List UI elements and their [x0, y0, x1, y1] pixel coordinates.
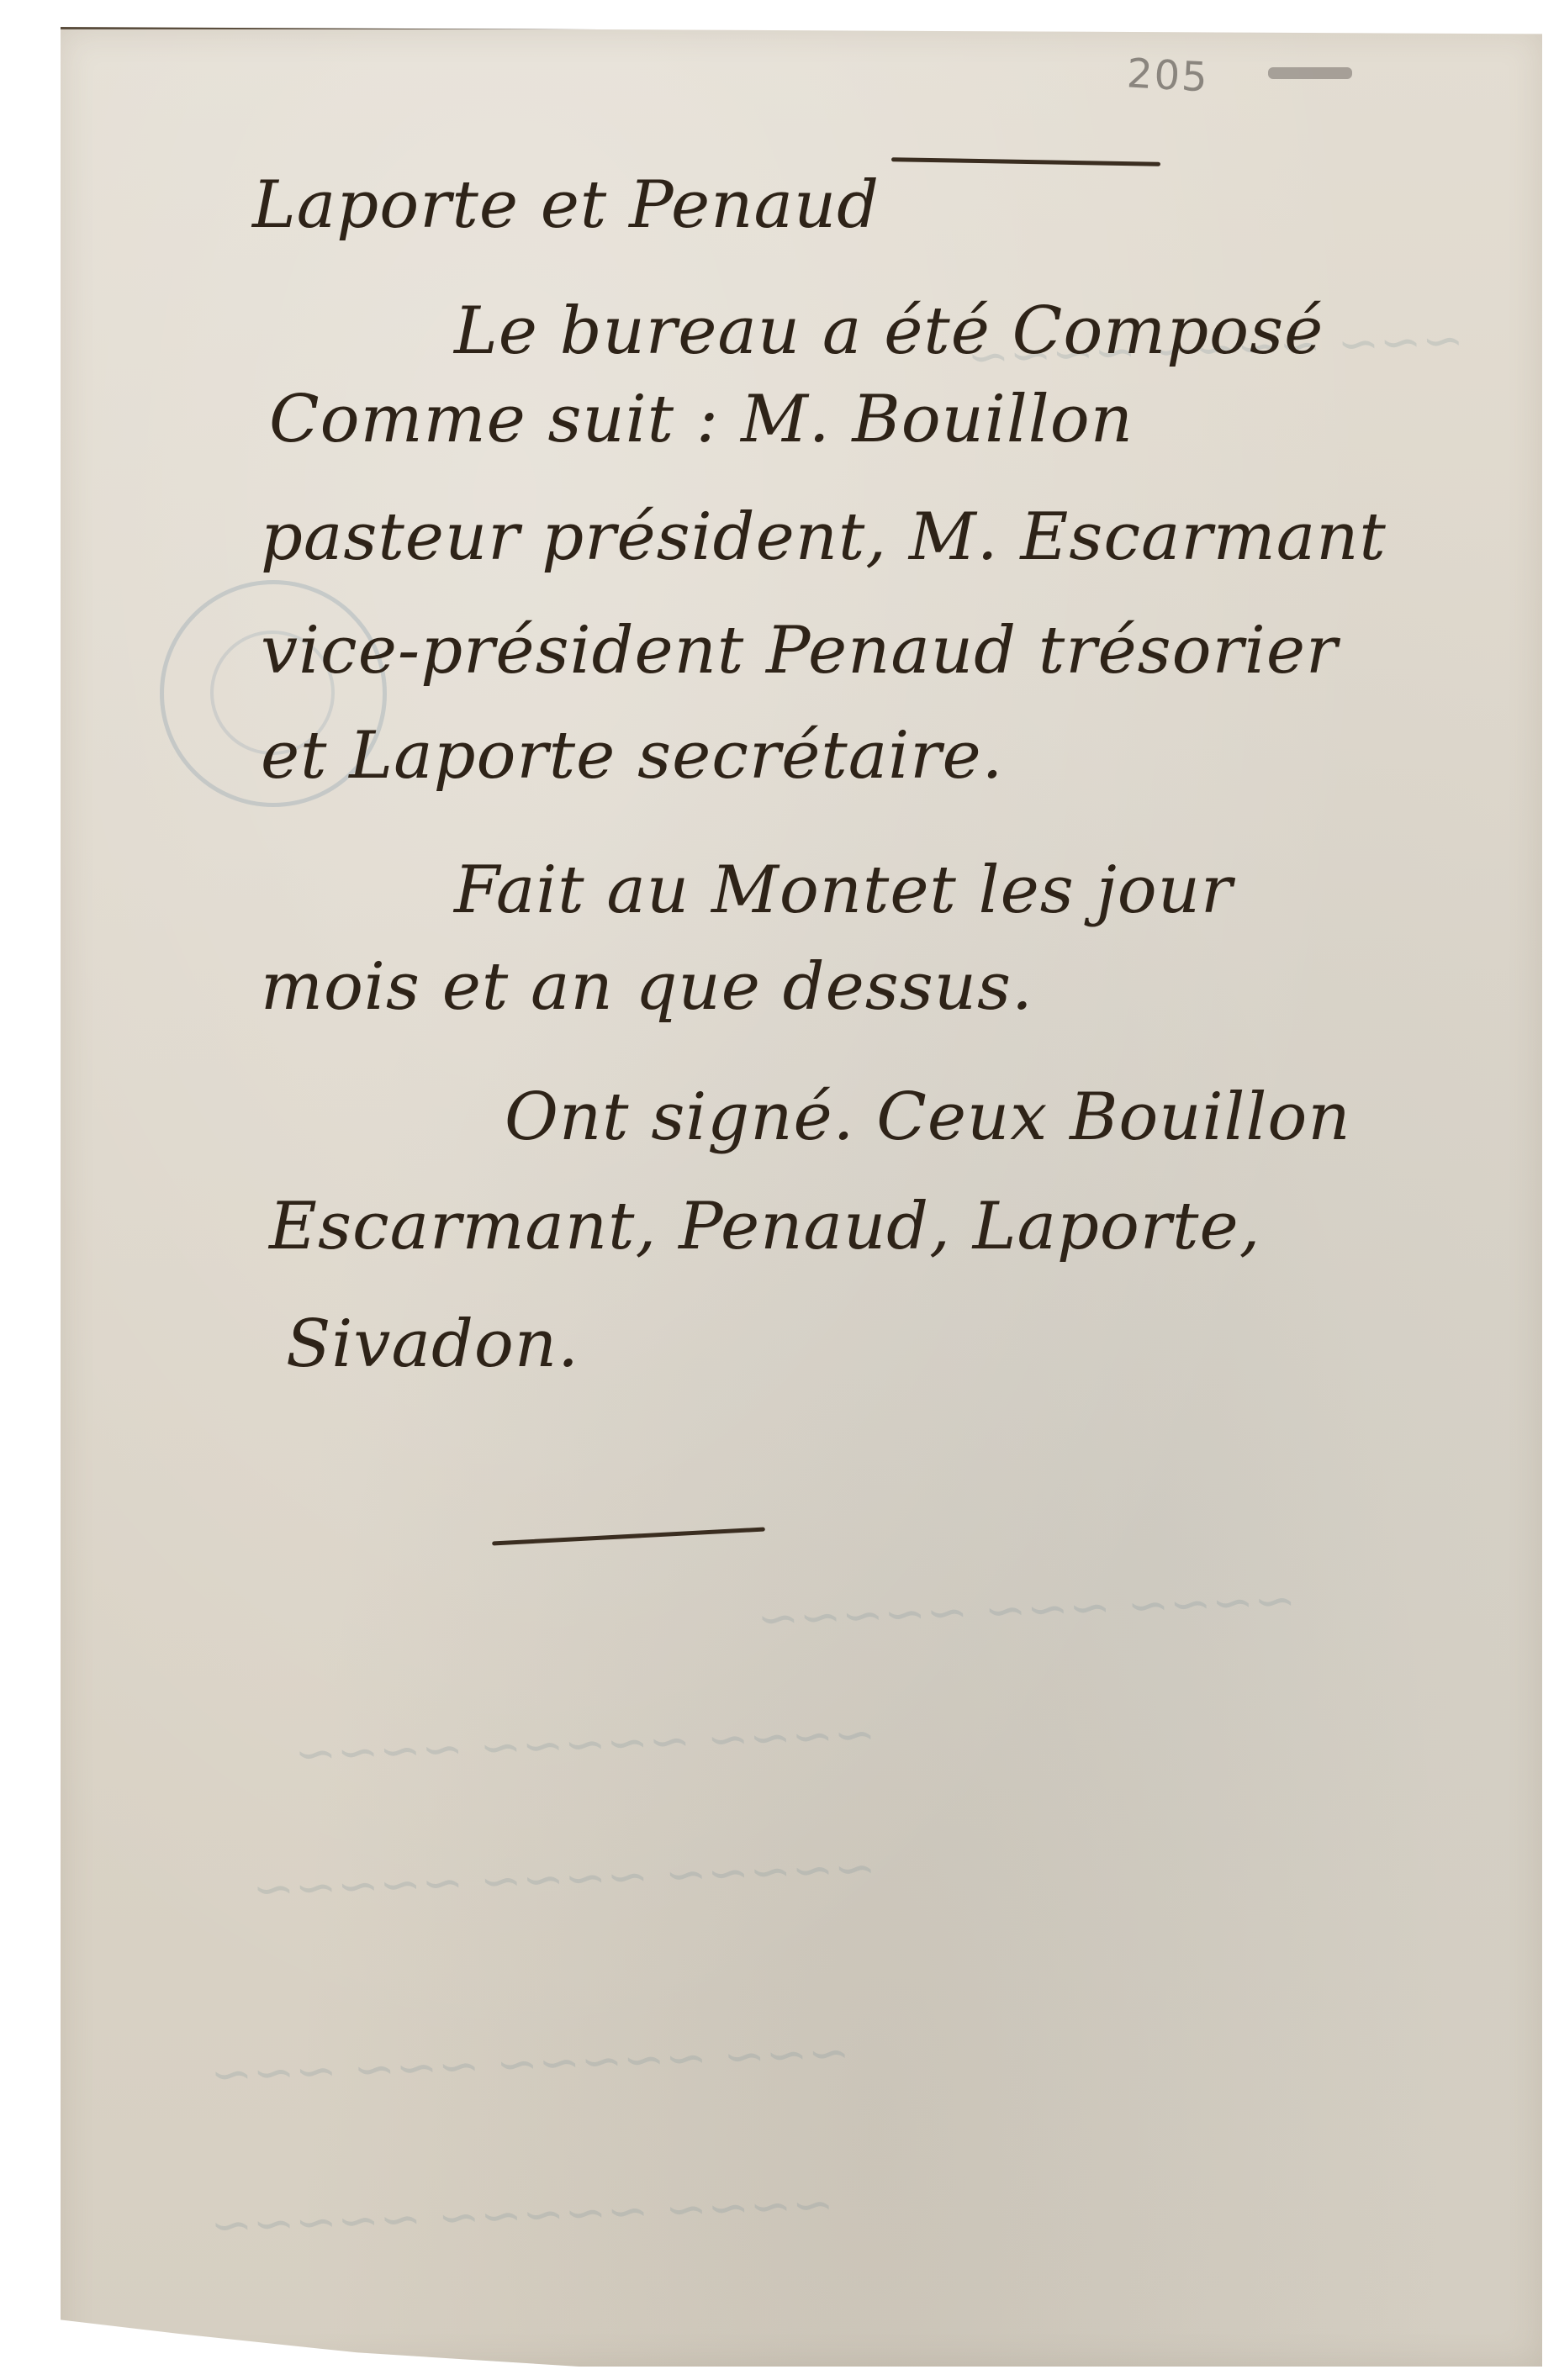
- text-line-11: Sivadon.: [286, 1311, 579, 1377]
- text-line-5: vice-président Penaud trésorier: [261, 618, 1338, 683]
- text-line-4: pasteur président, M. Escarmant: [261, 504, 1387, 570]
- text-line-8: mois et an que dessus.: [261, 954, 1033, 1020]
- text-line-9: Ont signé. Ceux Bouillon: [505, 1084, 1351, 1150]
- text-line-10: Escarmant, Penaud, Laporte,: [269, 1194, 1260, 1259]
- text-line-6: et Laporte secrétaire.: [261, 723, 1003, 789]
- text-line-3: Comme suit : M. Bouillon: [269, 387, 1134, 452]
- text-line-7: Fait au Montet les jour: [454, 858, 1233, 923]
- text-line-1: Laporte et Penaud: [252, 172, 880, 238]
- pencil-mark: [1268, 67, 1352, 79]
- folio-number: 205: [1126, 50, 1210, 101]
- text-line-2: Le bureau a été Composé: [454, 298, 1324, 364]
